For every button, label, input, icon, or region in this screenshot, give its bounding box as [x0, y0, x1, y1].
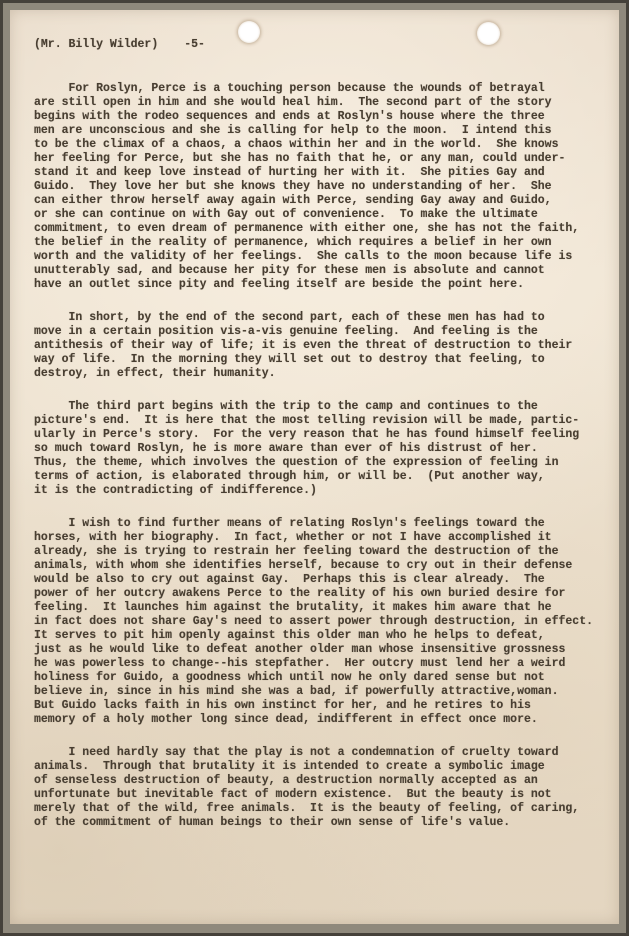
- paragraph-roslyn-feelings: I wish to find further means of relating…: [34, 517, 607, 727]
- manuscript-page: (Mr. Billy Wilder) -5- For Roslyn, Perce…: [10, 10, 619, 924]
- paragraph-not-condemnation: I need hardly say that the play is not a…: [34, 746, 607, 830]
- addressee-label: (Mr. Billy Wilder): [34, 38, 158, 52]
- hole-punch-left: [238, 21, 260, 43]
- page-header: (Mr. Billy Wilder) -5-: [34, 38, 607, 52]
- page-number: -5-: [184, 38, 205, 52]
- page-body: For Roslyn, Perce is a touching person b…: [34, 82, 607, 830]
- document-scan: (Mr. Billy Wilder) -5- For Roslyn, Perce…: [0, 0, 629, 936]
- paragraph-in-short: In short, by the end of the second part,…: [34, 311, 607, 381]
- paragraph-third-part: The third part begins with the trip to t…: [34, 400, 607, 498]
- paragraph-roslyn-perce: For Roslyn, Perce is a touching person b…: [34, 82, 607, 292]
- hole-punch-right: [477, 22, 500, 45]
